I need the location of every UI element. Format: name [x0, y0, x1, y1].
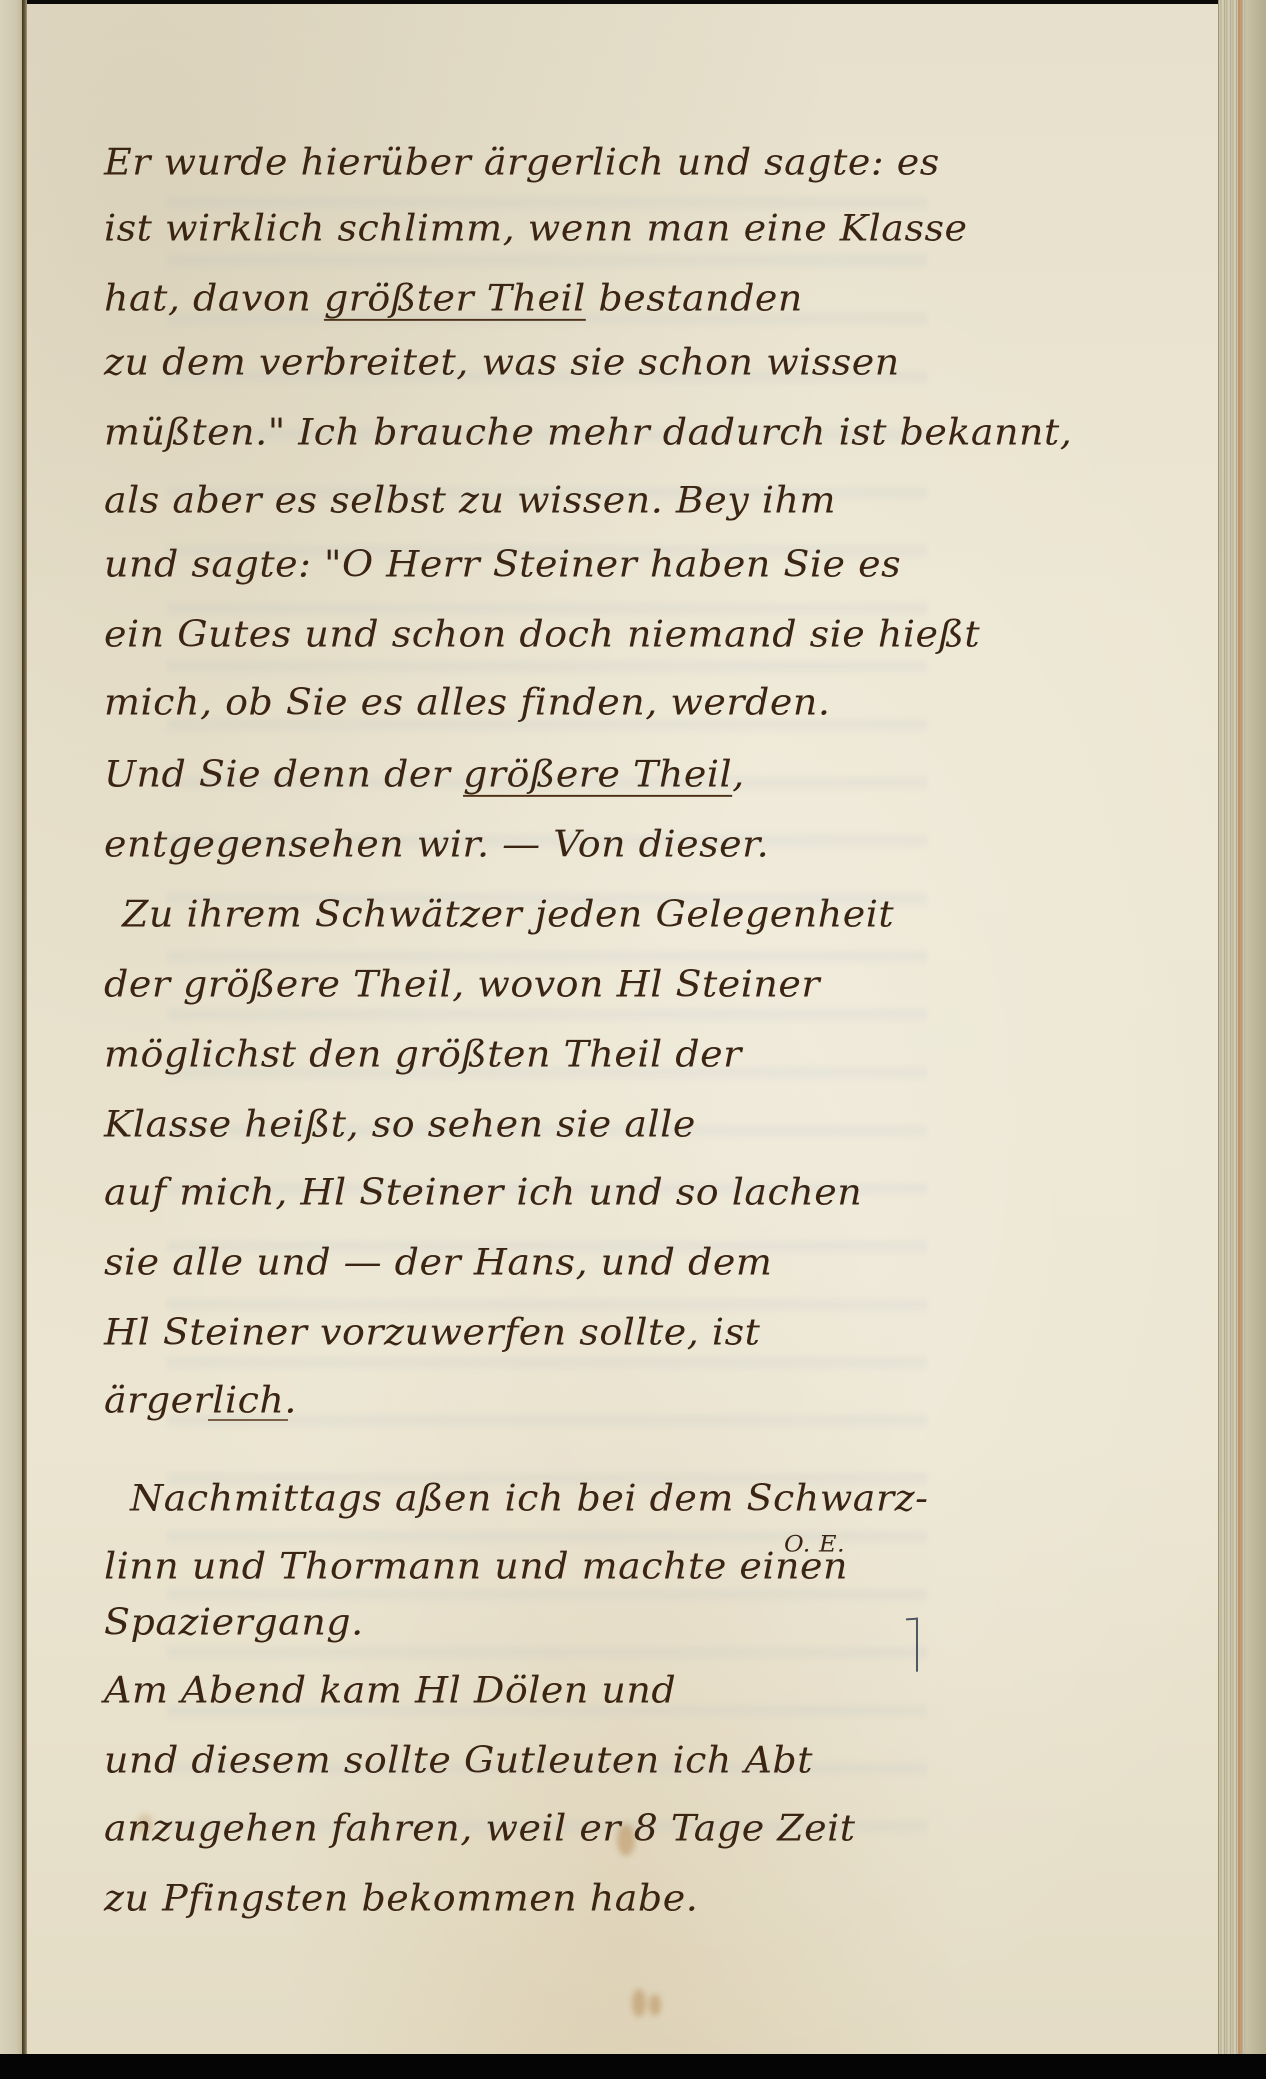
page-stack-edge	[1218, 0, 1247, 2066]
text-line: der größere Theil, wovon Hl Steiner	[104, 963, 820, 1005]
text-line: ärgerlich.	[104, 1379, 297, 1421]
text-line: Klasse heißt, so sehen sie alle	[104, 1103, 696, 1145]
manuscript-scan: Er wurde hierüber ärgerlich und sagte: e…	[0, 0, 1266, 2079]
paper-stain	[649, 1994, 661, 2016]
scan-background-strip	[0, 2054, 1266, 2079]
previous-page-edge	[0, 0, 24, 2060]
text-line: und sagte: "O Herr Steiner haben Sie es	[104, 543, 901, 585]
book-board-edge	[1246, 0, 1266, 2079]
text-line: Und Sie denn der größere Theil,	[104, 753, 745, 795]
text-line: Zu ihrem Schwätzer jeden Gelegenheit	[122, 893, 894, 935]
text-line: als aber es selbst zu wissen. Bey ihm	[104, 479, 836, 521]
underlined-phrase: größter Theil	[324, 277, 586, 319]
underlined-phrase: größere Theil	[463, 753, 732, 795]
text-line: mich, ob Sie es alles finden, werden.	[104, 681, 830, 723]
text-line: linn und Thormann und machte einen	[104, 1545, 848, 1587]
text-line: ist wirklich schlimm, wenn man eine Klas…	[104, 207, 967, 249]
paper-stain	[632, 1989, 646, 2017]
text-line: Nachmittags aßen ich bei dem Schwarz-	[130, 1477, 928, 1519]
section-separator-rule	[208, 1419, 288, 1421]
text-line: Hl Steiner vorzuwerfen sollte, ist	[104, 1311, 760, 1353]
text-line: sie alle und — der Hans, und dem	[104, 1241, 772, 1283]
text-line: auf mich, Hl Steiner ich und so lachen	[104, 1171, 862, 1213]
text-line: Am Abend kam Hl Dölen und	[104, 1669, 676, 1711]
text-line: und diesem sollte Gutleuten ich Abt	[104, 1739, 813, 1781]
text-line: ein Gutes und schon doch niemand sie hie…	[104, 613, 980, 655]
text-line: Er wurde hierüber ärgerlich und sagte: e…	[104, 141, 940, 183]
text-line: anzugehen fahren, weil er 8 Tage Zeit	[104, 1807, 856, 1849]
text-line: Spaziergang.	[104, 1601, 364, 1643]
text-line: möglichst den größten Theil der	[104, 1033, 742, 1075]
text-line: entgegensehen wir. — Von dieser.	[104, 823, 769, 865]
text-line: hat, davon größter Theil bestanden	[104, 277, 803, 319]
page-edge-gilding	[1238, 0, 1242, 2060]
text-line: zu Pfingsten bekommen habe.	[104, 1877, 698, 1919]
text-line: zu dem verbreitet, was sie schon wissen	[104, 341, 900, 383]
text-line: müßten." Ich brauche mehr dadurch ist be…	[104, 411, 1072, 453]
margin-bracket-mark	[906, 1618, 918, 1673]
